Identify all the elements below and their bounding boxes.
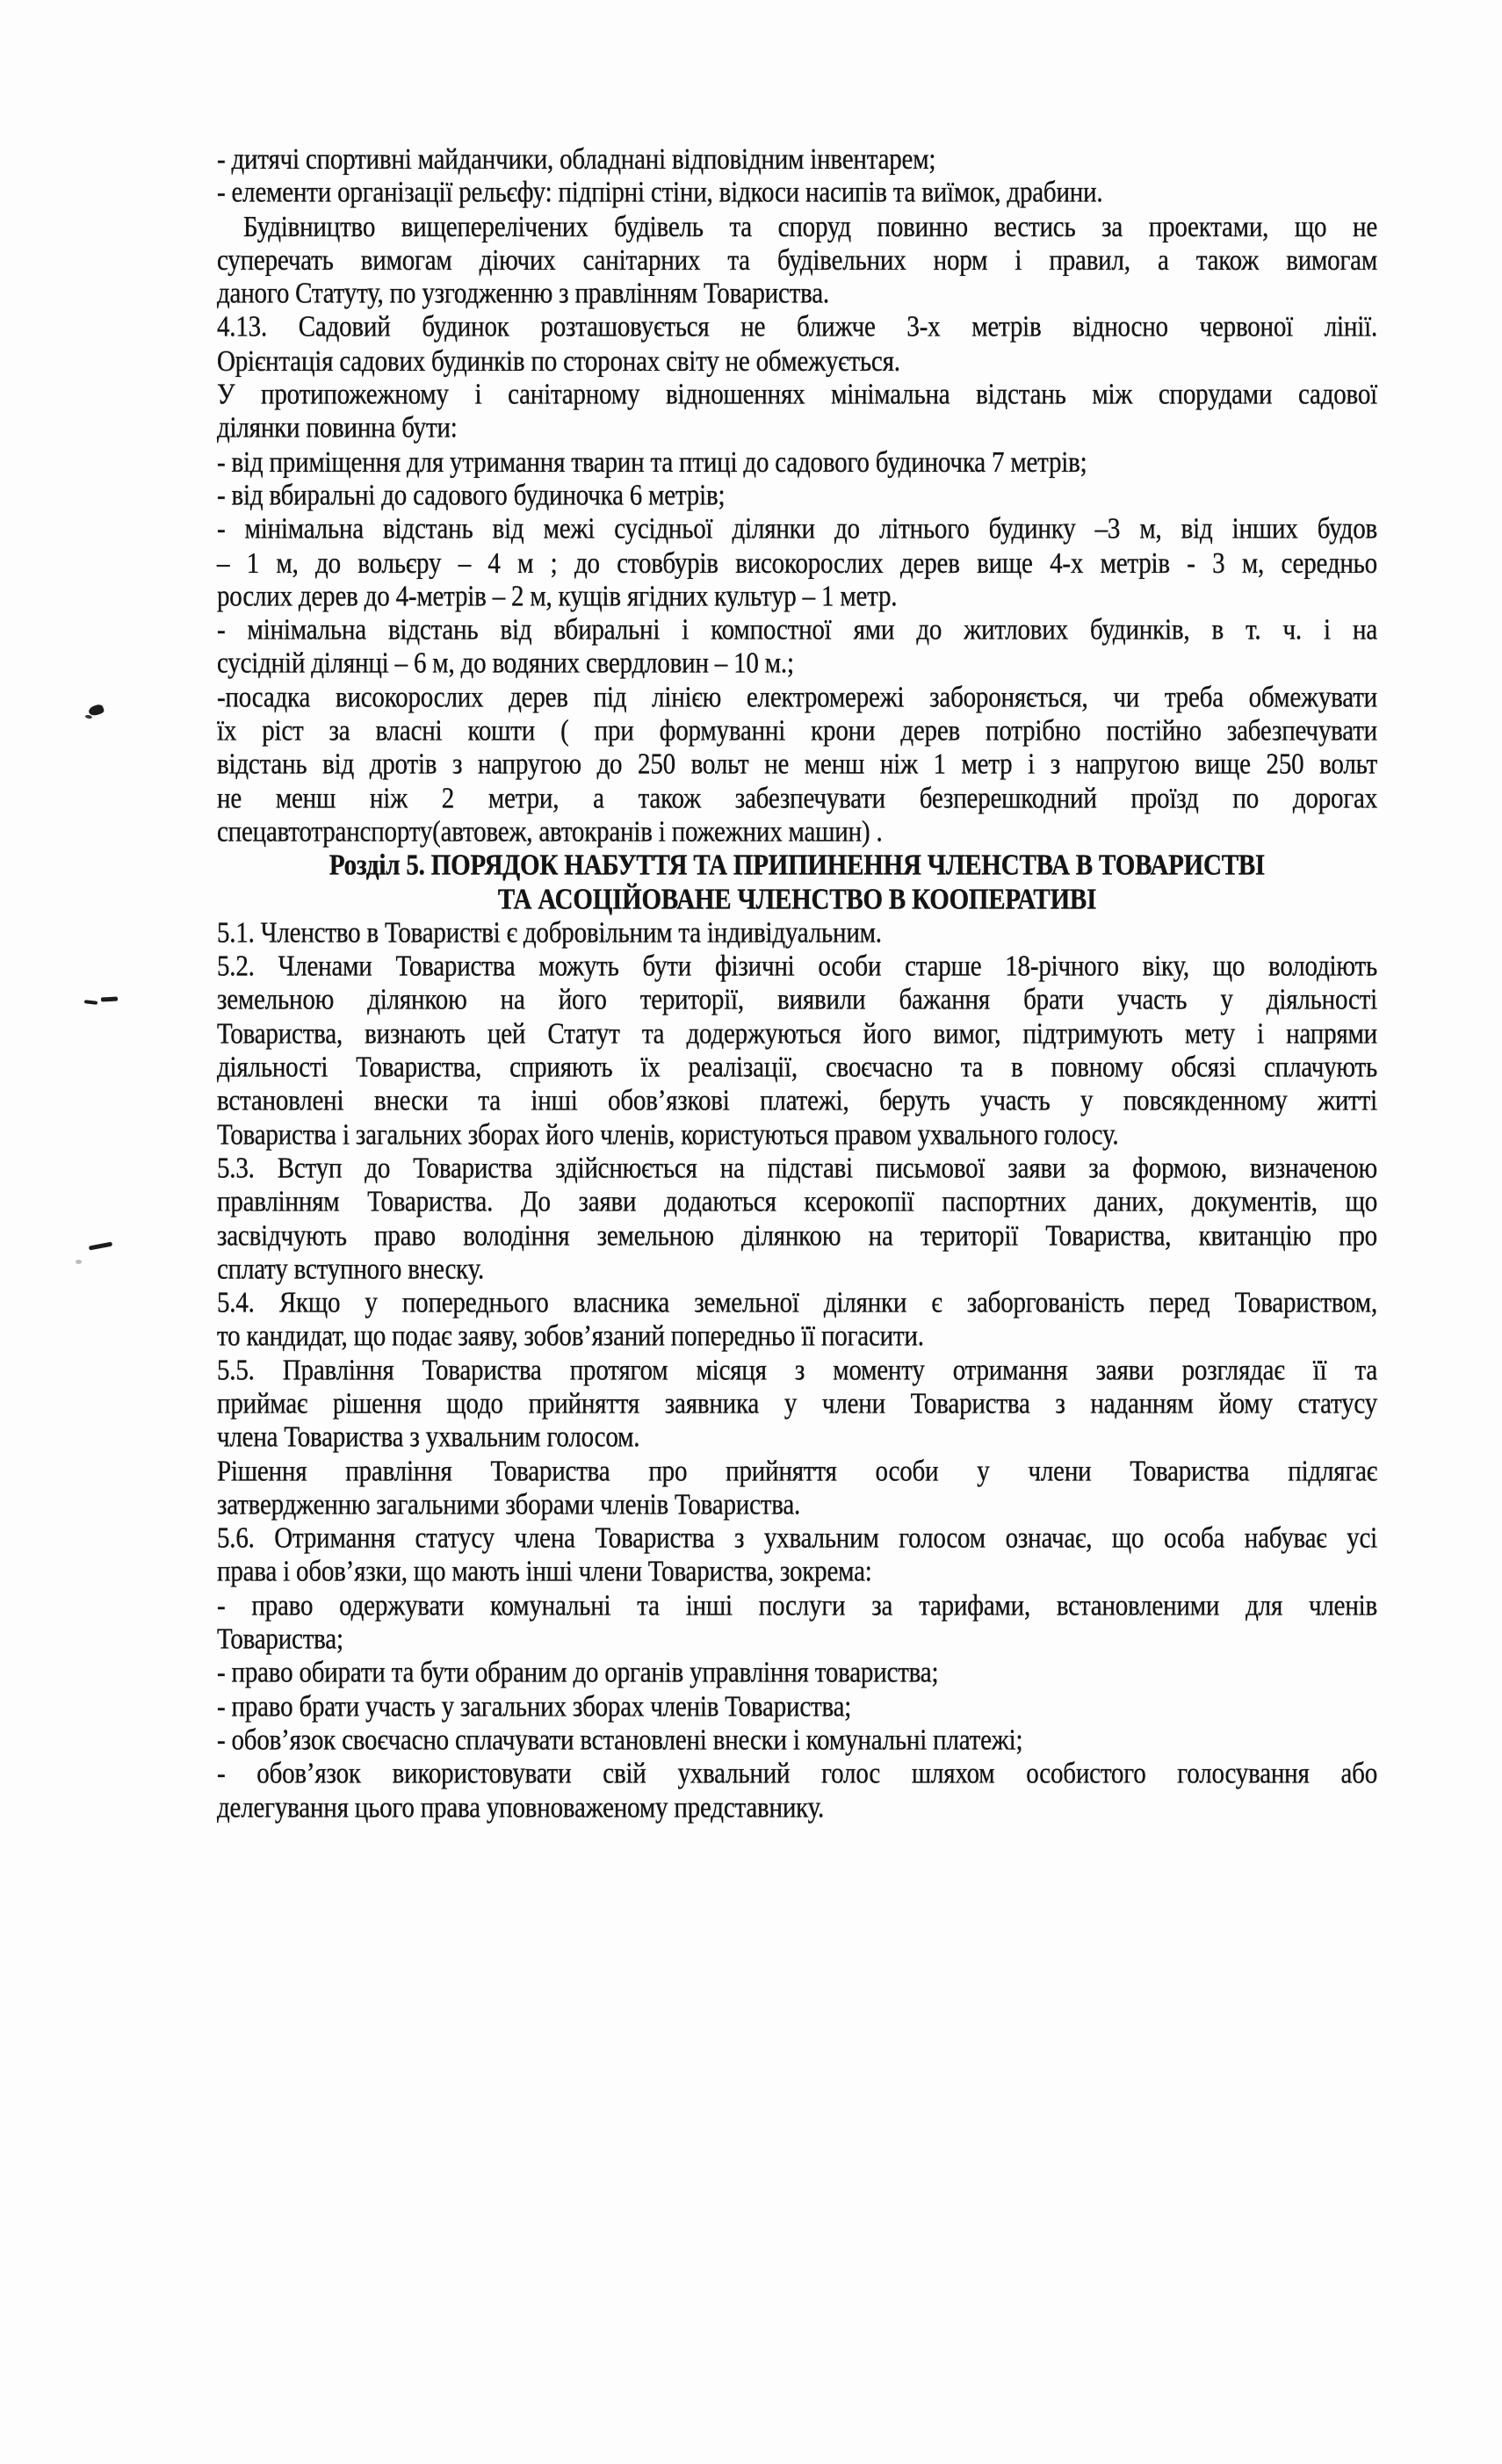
section-heading-line: ТА АСОЦІЙОВАНЕ ЧЛЕНСТВО В КООПЕРАТИВІ — [217, 883, 1377, 916]
text-line: Орієнтація садових будинків по сторонах … — [217, 345, 1377, 379]
text-line: то кандидат, що подає заяву, зобов’язани… — [217, 1320, 1377, 1354]
text-line: делегування цього права уповноваженому п… — [217, 1791, 1377, 1825]
text-line: 5.5. Правління Товариства протягом місяц… — [217, 1354, 1377, 1387]
text-line: даного Статуту, по узгодженню з правлінн… — [217, 278, 1377, 311]
text-line: Будівництво вищеперелічених будівель та … — [217, 211, 1377, 244]
text-line: земельною ділянкою на його території, ви… — [217, 984, 1377, 1017]
text-line: не менш ніж 2 метри, а також забезпечува… — [217, 783, 1377, 816]
text-line: – 1 м, до вольєру – 4 м ; до стовбурів в… — [217, 546, 1377, 580]
text-line: 4.13. Садовий будинок розташовується не … — [217, 311, 1377, 344]
text-line: 5.3. Вступ до Товариства здійснюється на… — [217, 1153, 1377, 1186]
text-line: - право брати участь у загальних зборах … — [217, 1690, 1377, 1723]
statute-text-block: - дитячі спортивні майданчики, обладнані… — [217, 143, 1377, 1825]
text-line: ділянки повинна бути: — [217, 412, 1377, 445]
text-line: 5.6. Отримання статусу члена Товариства … — [217, 1522, 1377, 1556]
text-line: 5.1. Членство в Товаристві є добровільни… — [217, 917, 1377, 950]
text-line: -посадка високорослих дерев під лінією е… — [217, 682, 1377, 715]
text-line: члена Товариства з ухвальним голосом. — [217, 1421, 1377, 1455]
pen-mark-comma-icon — [88, 704, 105, 718]
text-line: - від вбиральні до садового будиночка 6 … — [217, 480, 1377, 513]
text-line: Товариства і загальних зборах його члені… — [217, 1118, 1377, 1152]
text-line: діяльності Товариства, сприяють їх реалі… — [217, 1051, 1377, 1085]
text-line: - мінімальна відстань від вбиральні і ко… — [217, 614, 1377, 647]
text-line: - елементи організації рельєфу: підпірні… — [217, 177, 1377, 210]
text-line: - дитячі спортивні майданчики, обладнані… — [217, 143, 1377, 177]
text-line: - мінімальна відстань від межі сусідньої… — [217, 513, 1377, 546]
text-line: У протипожежному і санітарному відношенн… — [217, 379, 1377, 412]
text-line: рослих дерев до 4-метрів – 2 м, кущів яг… — [217, 581, 1377, 614]
pen-mark-double-dash-icon — [101, 997, 118, 1002]
text-line: засвідчують право володіння земельною ді… — [217, 1219, 1377, 1253]
pen-mark-double-dash-icon — [84, 1000, 97, 1005]
pen-mark-dot-icon — [76, 1260, 82, 1264]
text-line: суперечать вимогам діючих санітарних та … — [217, 244, 1377, 278]
text-line: правлінням Товариства. До заяви додаютьс… — [217, 1186, 1377, 1219]
text-line: відстань від дротів з напругою до 250 во… — [217, 748, 1377, 782]
pen-mark-dash-icon — [89, 1241, 112, 1250]
text-line: спецавтотранспорту(автовеж, автокранів і… — [217, 816, 1377, 849]
text-line: сусідній ділянці – 6 м, до водяних сверд… — [217, 647, 1377, 681]
text-line: їх ріст за власні кошти ( при формуванні… — [217, 715, 1377, 748]
section-heading-line: Розділ 5. ПОРЯДОК НАБУТТЯ ТА ПРИПИНЕННЯ … — [217, 849, 1377, 883]
text-line: Рішення правління Товариства про прийнят… — [217, 1455, 1377, 1488]
scanned-document-page: - дитячі спортивні майданчики, обладнані… — [0, 0, 1502, 2464]
text-line: Товариства; — [217, 1623, 1377, 1657]
text-line: - право обирати та бути обраним до орган… — [217, 1657, 1377, 1690]
text-line: 5.4. Якщо у попереднього власника земель… — [217, 1287, 1377, 1320]
text-line: права і обов’язки, що мають інші члени Т… — [217, 1556, 1377, 1589]
text-line: Товариства, визнають цей Статут та додер… — [217, 1018, 1377, 1051]
text-line: - від приміщення для утримання тварин та… — [217, 446, 1377, 480]
text-line: встановлені внески та інші обов’язкові п… — [217, 1085, 1377, 1118]
text-line: затвердженню загальними зборами членів Т… — [217, 1489, 1377, 1522]
text-line: - обов’язок своєчасно сплачувати встанов… — [217, 1724, 1377, 1758]
text-line: - право одержувати комунальні та інші по… — [217, 1590, 1377, 1623]
text-line: сплату вступного внеску. — [217, 1254, 1377, 1287]
text-line: приймає рішення щодо прийняття заявника … — [217, 1388, 1377, 1421]
text-line: 5.2. Членами Товариства можуть бути фізи… — [217, 950, 1377, 984]
text-line: - обов’язок використовувати свій ухвальн… — [217, 1758, 1377, 1791]
